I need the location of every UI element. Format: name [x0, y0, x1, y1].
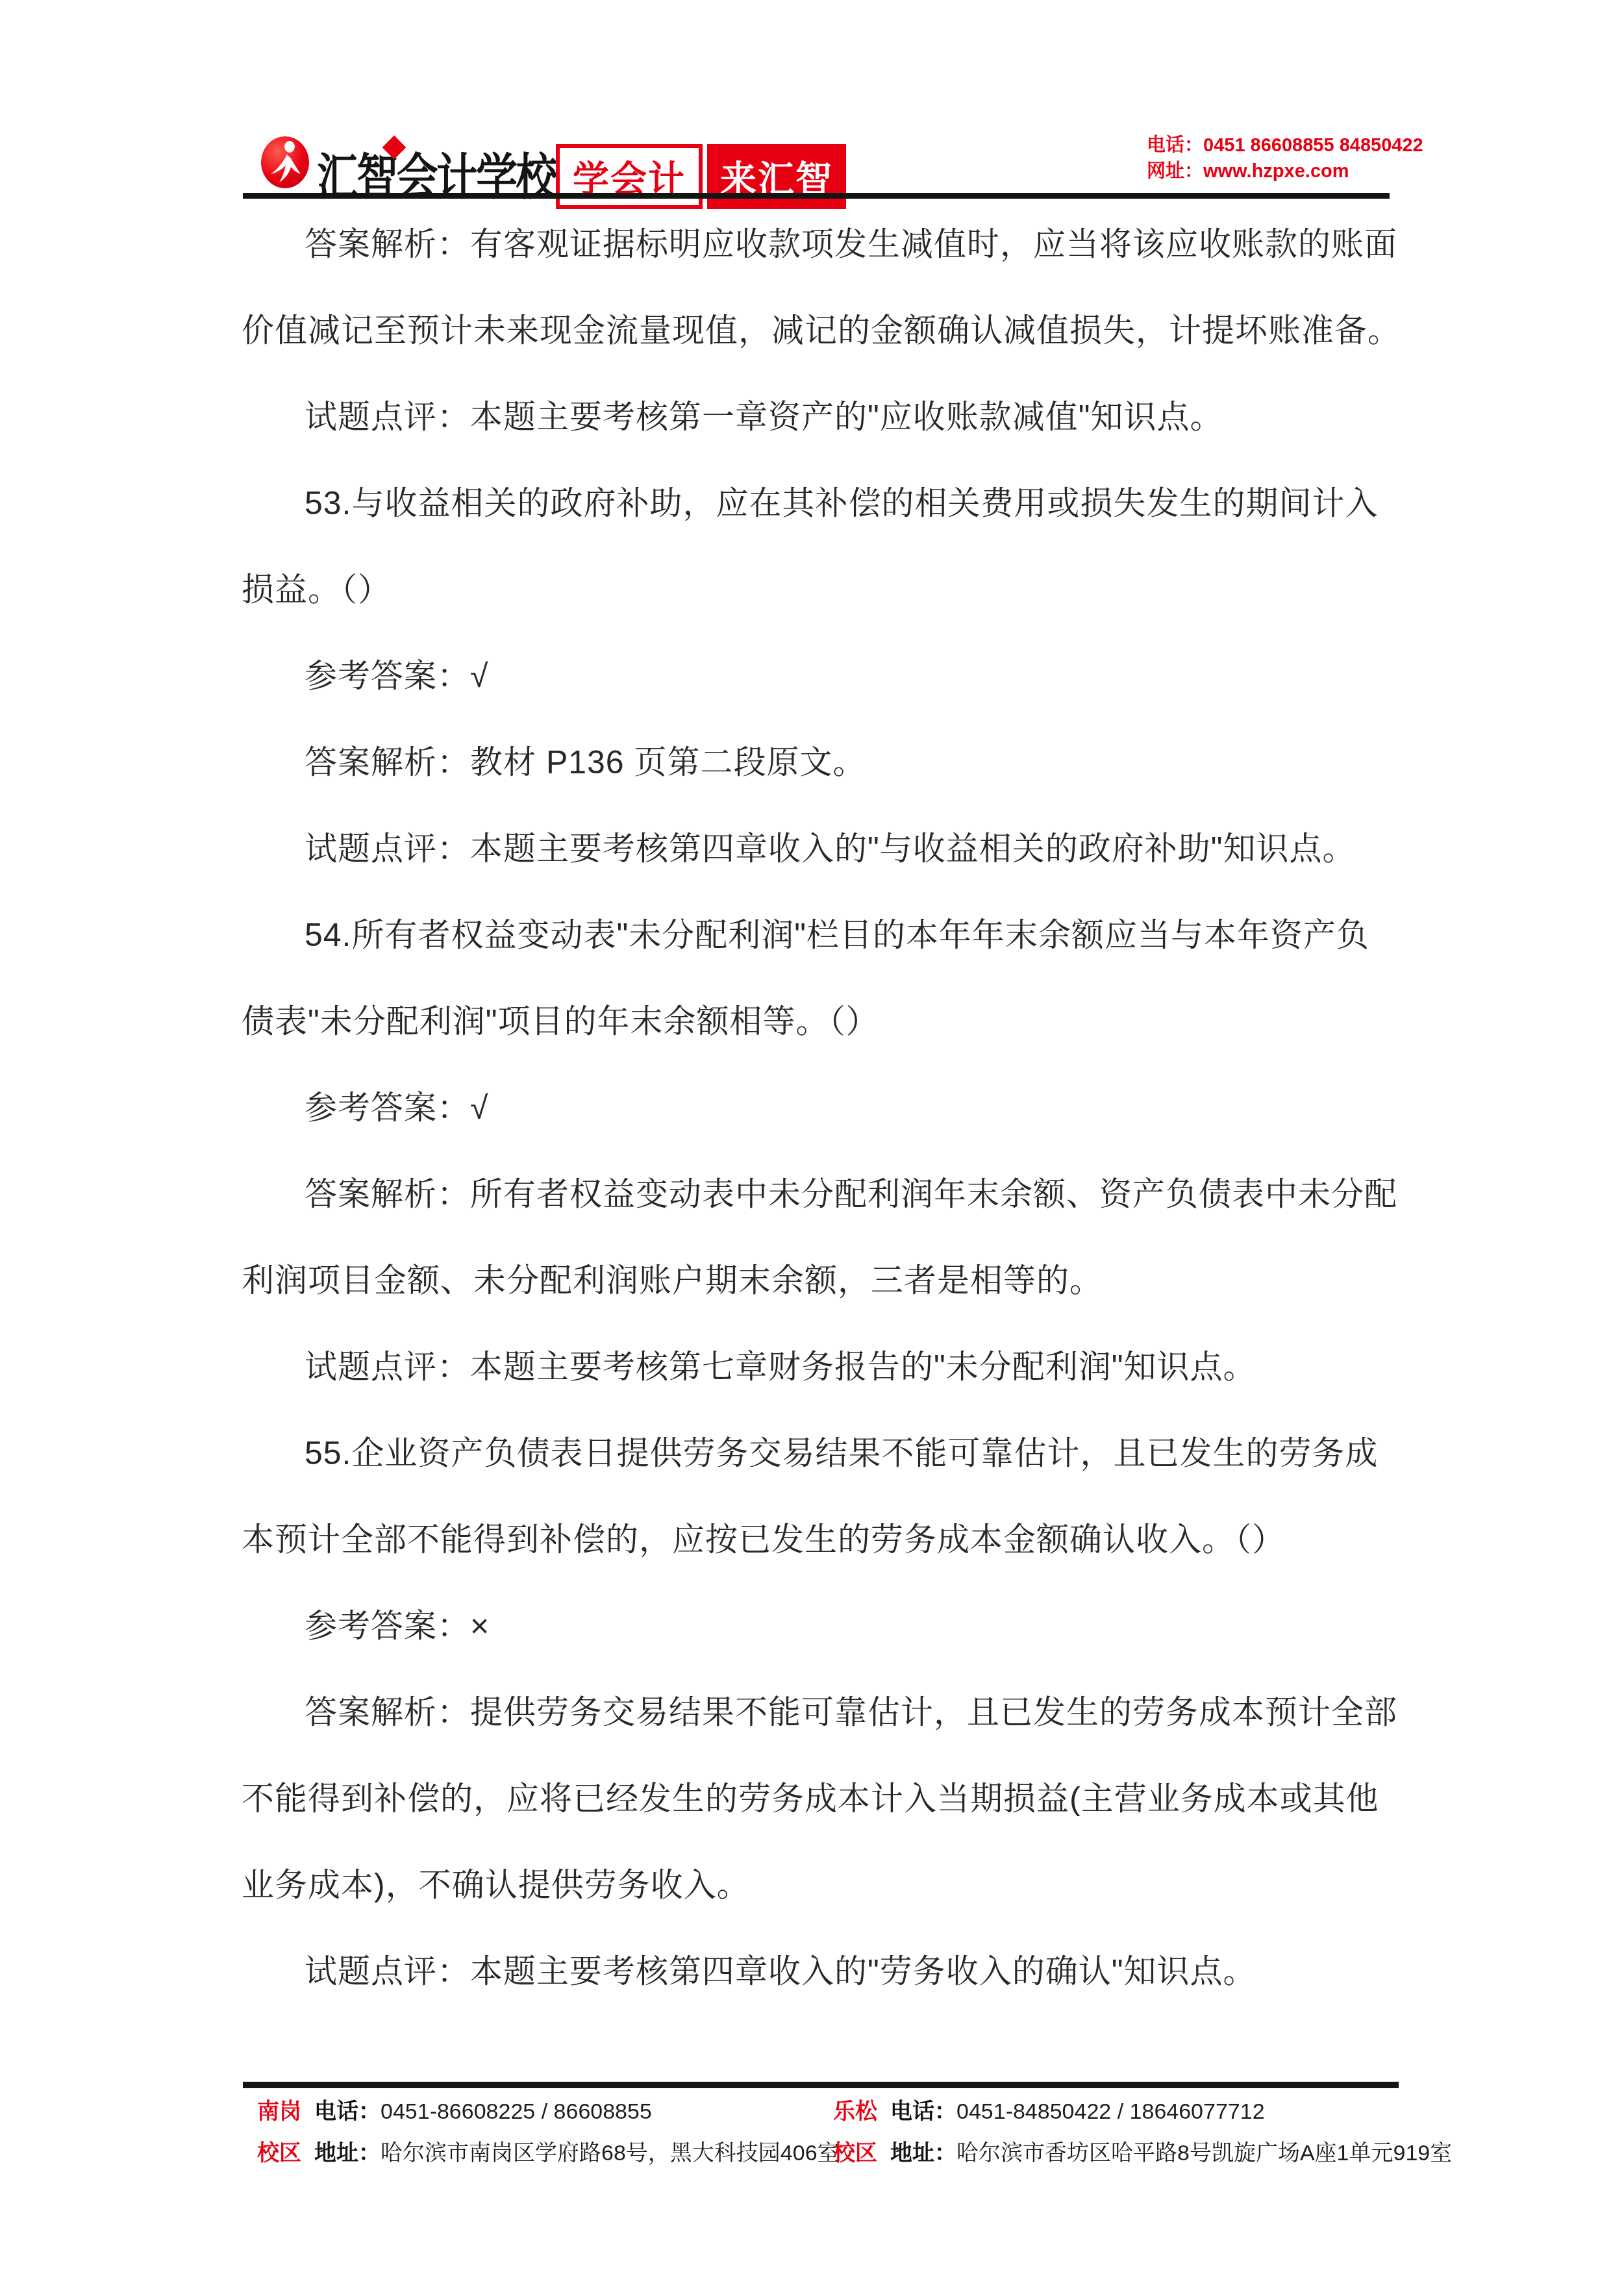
body-line: 答案解析：提供劳务交易结果不能可靠估计，且已发生的劳务成本预计全部: [242, 1669, 1410, 1756]
body-line: 本预计全部不能得到补偿的，应按已发生的劳务成本金额确认收入。（）: [242, 1497, 1410, 1583]
footer-campus-nangang: 南岗 电话：0451-86608225 / 86608855 校区 地址：哈尔滨…: [257, 2097, 840, 2167]
campus-label: 校区: [833, 2139, 877, 2167]
body-line: 试题点评：本题主要考核第一章资产的"应收账款减值"知识点。: [242, 374, 1410, 460]
body-line: 答案解析：有客观证据标明应收款项发生减值时，应当将该应收账款的账面: [242, 201, 1410, 288]
body-line: 参考答案：√: [242, 633, 1410, 719]
campus-phone: 0451-86608225 / 86608855: [381, 2099, 652, 2124]
body-line: 54.所有者权益变动表"未分配利润"栏目的本年年末余额应当与本年资产负: [242, 892, 1410, 979]
campus-phone-row: 电话：0451-86608225 / 86608855: [314, 2097, 840, 2126]
slogan-badge: 学会计 来汇智: [556, 144, 846, 209]
body-line: 债表"未分配利润"项目的年末余额相等。（）: [242, 979, 1410, 1065]
body-line: 参考答案：×: [242, 1583, 1410, 1669]
campus-name: 南岗: [257, 2097, 301, 2126]
campus-phone-row: 电话：0451-84850422 / 18646077712: [890, 2097, 1452, 2126]
address-label: 地址：: [890, 2141, 956, 2165]
address-label: 地址：: [314, 2141, 381, 2165]
footer-divider: [243, 2082, 1399, 2088]
body-line: 业务成本)，不确认提供劳务收入。: [242, 1842, 1410, 1928]
body-line: 不能得到补偿的，应将已经发生的劳务成本计入当期损益(主营业务成本或其他: [242, 1756, 1410, 1842]
body-line: 试题点评：本题主要考核第四章收入的"与收益相关的政府补助"知识点。: [242, 806, 1410, 892]
body-line: 价值减记至预计未来现金流量现值，减记的金额确认减值损失，计提坏账准备。: [242, 288, 1410, 374]
body-line: 参考答案：√: [242, 1065, 1410, 1151]
body-line: 53.与收益相关的政府补助，应在其补偿的相关费用或损失发生的期间计入: [242, 460, 1410, 547]
header-contact: 电话：0451 86608855 84850422 网址：www.hzpxe.c…: [1147, 132, 1423, 184]
campus-address: 哈尔滨市南岗区学府路68号，黑大科技园406室: [381, 2141, 840, 2165]
phone-label: 电话：: [314, 2099, 381, 2124]
body-line: 答案解析：教材 P136 页第二段原文。: [242, 719, 1410, 806]
campus-label: 校区: [257, 2139, 301, 2167]
body-line: 试题点评：本题主要考核第四章收入的"劳务收入的确认"知识点。: [242, 1928, 1410, 2015]
body-line: 损益。（）: [242, 547, 1410, 633]
body-line: 试题点评：本题主要考核第七章财务报告的"未分配利润"知识点。: [242, 1324, 1410, 1410]
campus-name: 乐松: [833, 2097, 877, 2126]
body-line: 55.企业资产负债表日提供劳务交易结果不能可靠估计，且已发生的劳务成: [242, 1410, 1410, 1497]
slogan-right: 来汇智: [707, 144, 846, 209]
phone-label: 电话：: [890, 2099, 956, 2124]
header-phone: 电话：0451 86608855 84850422: [1147, 132, 1423, 158]
document-body: 答案解析：有客观证据标明应收款项发生减值时，应当将该应收账款的账面 价值减记至预…: [242, 201, 1410, 2015]
document-page: 汇智会计学校 学会计 来汇智 电话：0451 86608855 84850422…: [0, 0, 1624, 2296]
header-divider: [243, 193, 1390, 199]
body-line: 利润项目金额、未分配利润账户期末余额，三者是相等的。: [242, 1238, 1410, 1324]
school-logo-icon: [261, 136, 309, 188]
campus-phone: 0451-84850422 / 18646077712: [956, 2099, 1265, 2124]
campus-address-row: 地址：哈尔滨市香坊区哈平路8号凯旋广场A座1单元919室: [890, 2139, 1452, 2167]
body-line: 答案解析：所有者权益变动表中未分配利润年末余额、资产负债表中未分配: [242, 1151, 1410, 1238]
header-website: 网址：www.hzpxe.com: [1147, 158, 1423, 184]
slogan-left: 学会计: [556, 144, 703, 209]
footer-campus-lesong: 乐松 电话：0451-84850422 / 18646077712 校区 地址：…: [833, 2097, 1452, 2167]
running-figure-icon: [261, 136, 309, 188]
campus-address: 哈尔滨市香坊区哈平路8号凯旋广场A座1单元919室: [956, 2141, 1452, 2165]
campus-address-row: 地址：哈尔滨市南岗区学府路68号，黑大科技园406室: [314, 2139, 840, 2167]
